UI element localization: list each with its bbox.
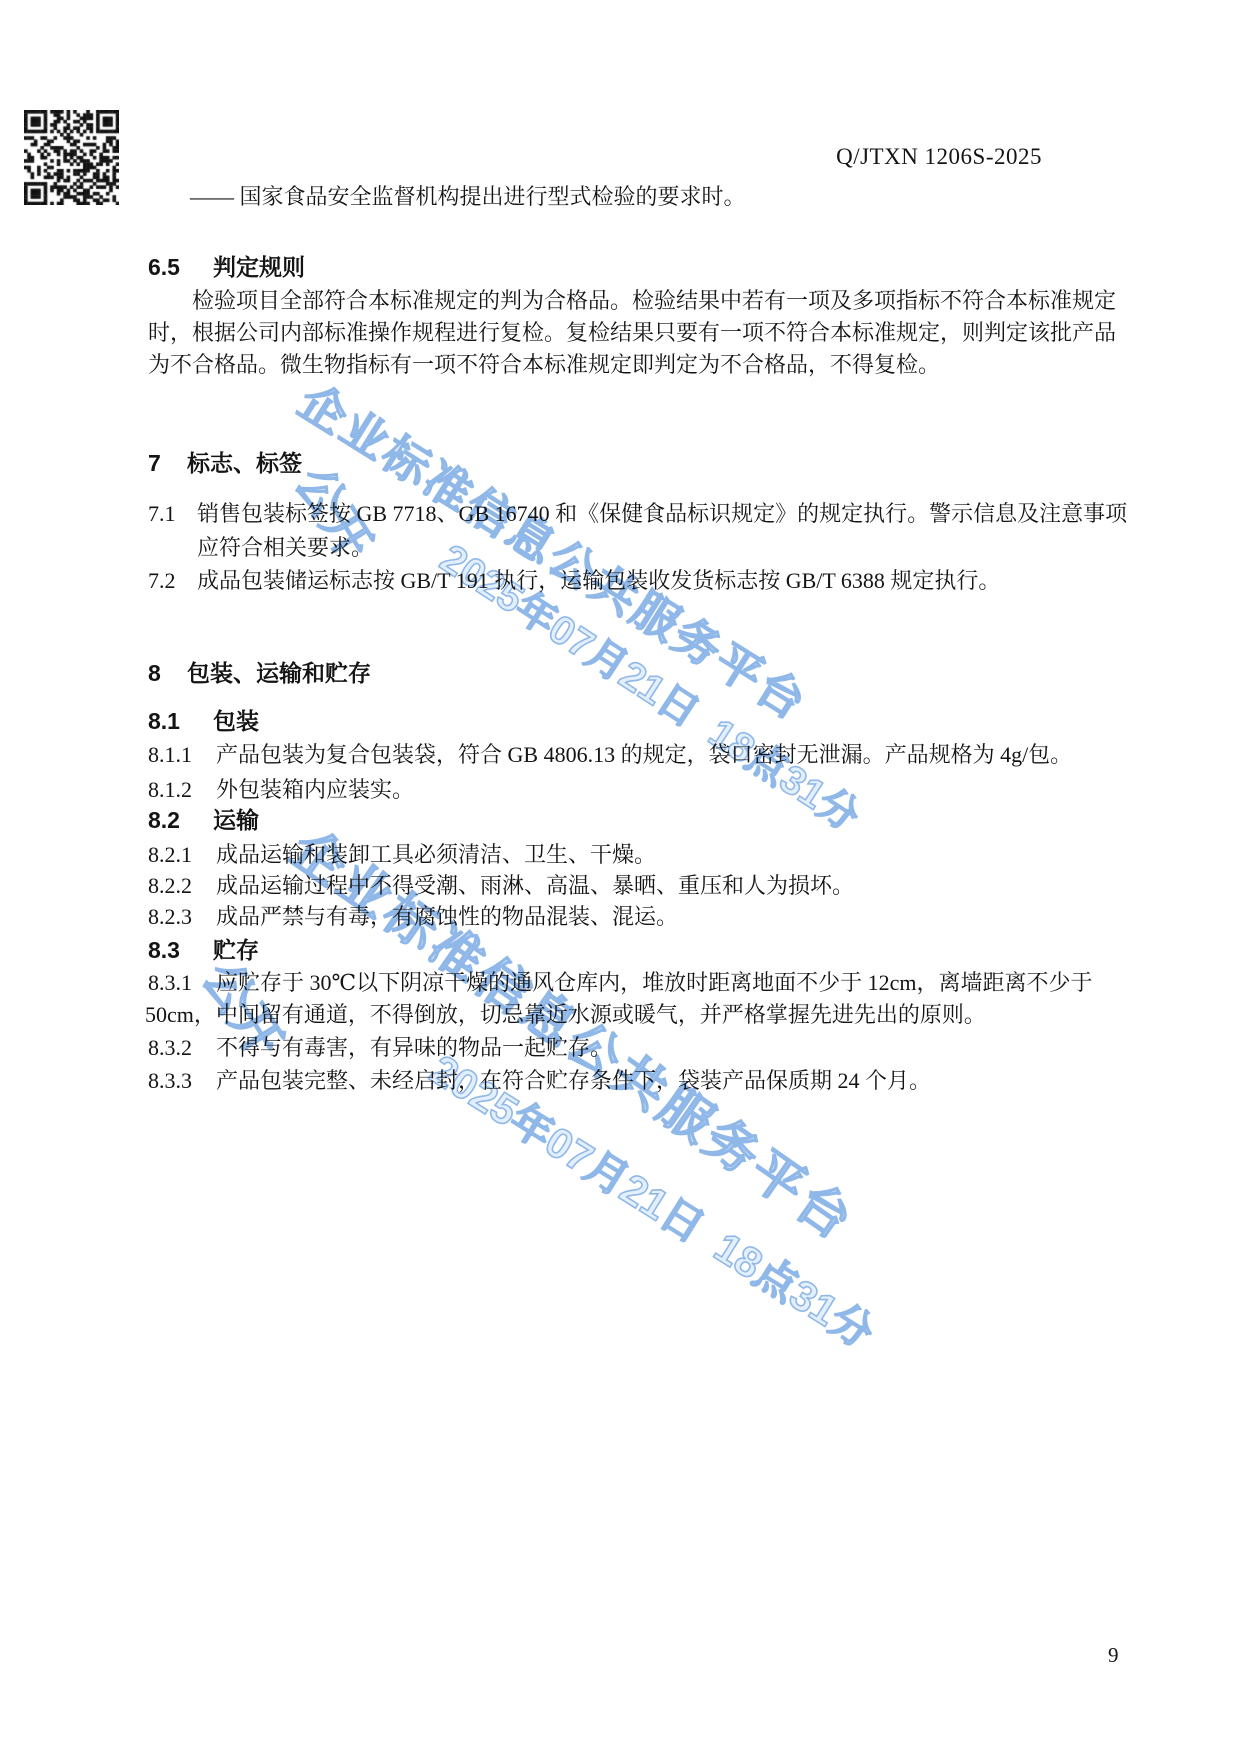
clause-6-5-paragraph-line1: 检验项目全部符合本标准规定的判为合格品。检验结果中若有一项及多项指标不符合本标准… bbox=[192, 288, 1116, 314]
clause-number: 6.5 bbox=[148, 254, 213, 282]
clause-number: 8.2.2 bbox=[148, 873, 216, 899]
clause-number: 8.3.3 bbox=[148, 1068, 216, 1094]
watermark-space bbox=[687, 728, 705, 740]
clause-text: 外包装箱内应装实。 bbox=[216, 777, 414, 802]
clause-8-1-1: 8.1.1产品包装为复合包装袋，符合 GB 4806.13 的规定，袋口密封无泄… bbox=[148, 742, 1072, 768]
document-page: Q/JTXN 1206S-2025 企业标准信息公共服务平台 公开 2025年0… bbox=[0, 0, 1240, 1753]
clause-text: 成品运输过程中不得受潮、雨淋、高温、暴晒、重压和人为损坏。 bbox=[216, 873, 854, 898]
clause-text: 不得与有毒害，有异味的物品一起贮存。 bbox=[216, 1035, 612, 1060]
clause-text: 产品包装完整、未经启封，在符合贮存条件下，袋装产品保质期 24 个月。 bbox=[216, 1068, 931, 1093]
watermark-date: 2025年07月21日 bbox=[433, 536, 707, 735]
watermark-time: 18点31分 bbox=[701, 711, 867, 840]
clause-text: 成品包装储运标志按 GB/T 191 执行，运输包装收发货标志按 GB/T 63… bbox=[197, 568, 1000, 593]
clause-8-3-2: 8.3.2不得与有毒害，有异味的物品一起贮存。 bbox=[148, 1035, 612, 1061]
doc-number: Q/JTXN 1206S-2025 bbox=[0, 144, 1042, 170]
clause-6-5-heading: 6.5判定规则 bbox=[148, 254, 305, 282]
clause-8-3-1-line2: 50cm，中间留有通道，不得倒放，切忌靠近水源或暖气，并严格掌握先进先出的原则。 bbox=[145, 1002, 986, 1028]
clause-number: 8.1.1 bbox=[148, 742, 216, 768]
clause-6-5-paragraph-line3: 为不合格品。微生物指标有一项不符合本标准规定即判定为不合格品，不得复检。 bbox=[148, 352, 940, 378]
clause-8-1-heading: 8.1包装 bbox=[148, 708, 259, 736]
clause-text: 销售包装标签按 GB 7718、GB 16740 和《保健食品标识规定》的规定执… bbox=[197, 501, 1127, 526]
clause-7-2: 7.2成品包装储运标志按 GB/T 191 执行，运输包装收发货标志按 GB/T… bbox=[148, 568, 1000, 594]
clause-number: 8.2 bbox=[148, 807, 213, 835]
clause-number: 8.1 bbox=[148, 708, 213, 736]
clause-text: 应贮存于 30℃以下阴凉干燥的通风仓库内，堆放时距离地面不少于 12cm，离墙距… bbox=[216, 970, 1093, 995]
clause-8-3-1-line1: 8.3.1应贮存于 30℃以下阴凉干燥的通风仓库内，堆放时距离地面不少于 12c… bbox=[148, 970, 1093, 996]
clause-8-2-3: 8.2.3成品严禁与有毒，有腐蚀性的物品混装、混运。 bbox=[148, 904, 678, 930]
clause-8-3-heading: 8.3贮存 bbox=[148, 937, 259, 965]
watermark-time: 18点31分 bbox=[706, 1223, 881, 1357]
clause-title: 运输 bbox=[213, 807, 259, 833]
clause-number: 8.3 bbox=[148, 937, 213, 965]
clause-text: 产品包装为复合包装袋，符合 GB 4806.13 的规定，袋口密封无泄漏。产品规… bbox=[216, 742, 1072, 767]
clause-text: 成品严禁与有毒，有腐蚀性的物品混装、混运。 bbox=[216, 904, 678, 929]
clause-7-1-line2: 应符合相关要求。 bbox=[197, 535, 373, 561]
clause-7-1-line1: 7.1销售包装标签按 GB 7718、GB 16740 和《保健食品标识规定》的… bbox=[148, 501, 1127, 527]
clause-8-2-2: 8.2.2成品运输过程中不得受潮、雨淋、高温、暴晒、重压和人为损坏。 bbox=[148, 873, 854, 899]
clause-title: 包装 bbox=[213, 708, 259, 734]
clause-number: 8.3.2 bbox=[148, 1035, 216, 1061]
clause-number: 8 bbox=[148, 660, 187, 688]
clause-title: 贮存 bbox=[213, 937, 259, 963]
clause-number: 8.2.3 bbox=[148, 904, 216, 930]
clause-8-3-3: 8.3.3产品包装完整、未经启封，在符合贮存条件下，袋装产品保质期 24 个月。 bbox=[148, 1068, 931, 1094]
clause-number: 8.3.1 bbox=[148, 970, 216, 996]
clause-number: 7 bbox=[148, 450, 187, 478]
clause-number: 8.2.1 bbox=[148, 842, 216, 868]
clause-8-2-heading: 8.2运输 bbox=[148, 807, 259, 835]
clause-8-1-2: 8.1.2外包装箱内应装实。 bbox=[148, 777, 414, 803]
clause-number: 7.2 bbox=[148, 568, 197, 594]
clause-text: 成品运输和装卸工具必须清洁、卫生、干燥。 bbox=[216, 842, 656, 867]
clause-title: 包装、运输和贮存 bbox=[187, 660, 371, 686]
clause-8-heading: 8包装、运输和贮存 bbox=[148, 660, 371, 688]
watermark-space bbox=[692, 1244, 711, 1256]
clause-number: 8.1.2 bbox=[148, 777, 216, 803]
page-number: 9 bbox=[1108, 1643, 1119, 1668]
clause-title: 判定规则 bbox=[213, 254, 305, 280]
intro-dash-item: —— 国家食品安全监督机构提出进行型式检验的要求时。 bbox=[190, 184, 746, 210]
clause-title: 标志、标签 bbox=[187, 450, 302, 476]
clause-8-2-1: 8.2.1成品运输和装卸工具必须清洁、卫生、干燥。 bbox=[148, 842, 656, 868]
clause-6-5-paragraph-line2: 时，根据公司内部标准操作规程进行复检。复检结果只要有一项不符合本标准规定，则判定… bbox=[148, 320, 1116, 346]
clause-7-heading: 7标志、标签 bbox=[148, 450, 302, 478]
clause-number: 7.1 bbox=[148, 501, 197, 527]
